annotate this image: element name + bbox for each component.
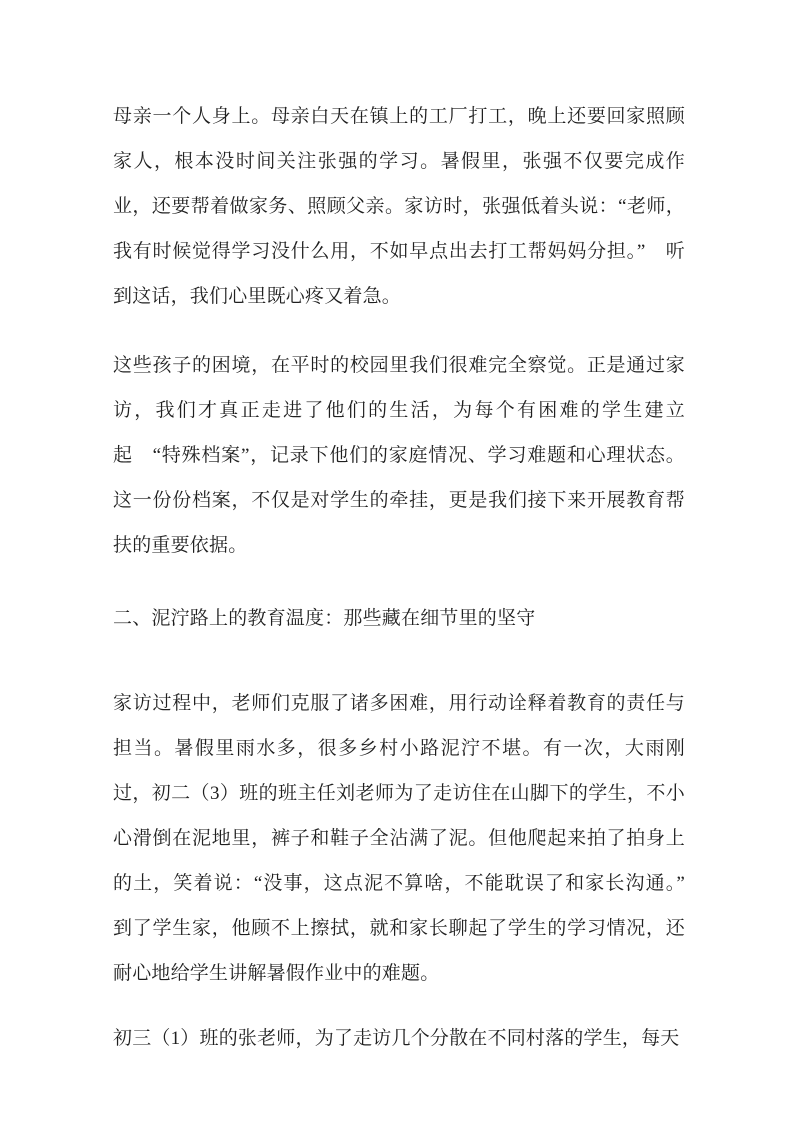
paragraph: 家访过程中，老师们克服了诸多困难，用行动诠释着教育的责任与担当。暑假里雨水多，很… [113, 681, 685, 996]
paragraph: 这些孩子的困境，在平时的校园里我们很难完全察觉。正是通过家访，我们才真正走进了他… [113, 343, 685, 568]
paragraph: 母亲一个人身上。母亲白天在镇上的工厂打工，晚上还要回家照顾家人，根本没时间关注张… [113, 94, 685, 319]
paragraph: 初三（1）班的张老师，为了走访几个分散在不同村落的学生，每天 [113, 1016, 685, 1061]
document-page: 母亲一个人身上。母亲白天在镇上的工厂打工，晚上还要回家照顾家人，根本没时间关注张… [0, 0, 793, 1122]
section-heading: 二、泥泞路上的教育温度：那些藏在细节里的坚守 [113, 596, 685, 641]
